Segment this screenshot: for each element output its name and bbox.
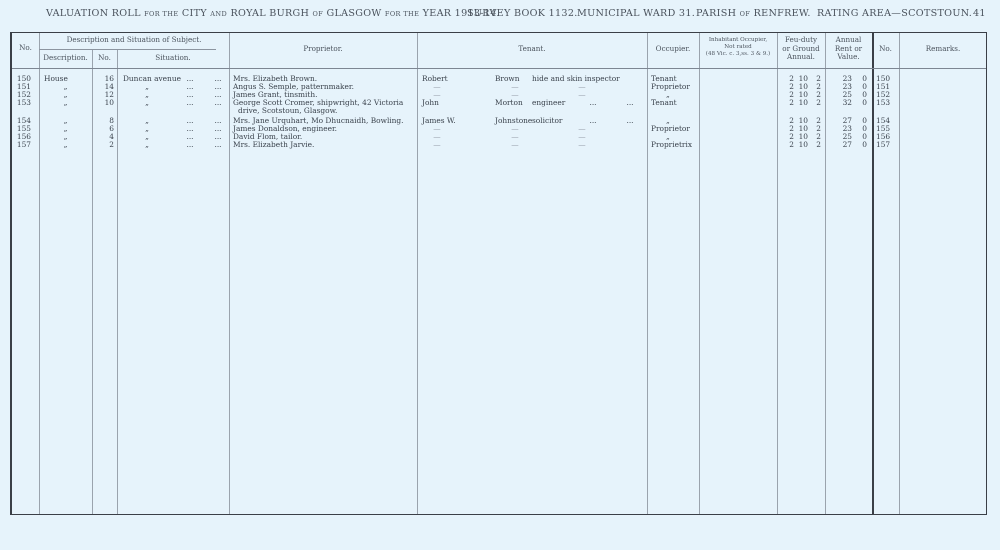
cell-tenant-first: — <box>422 141 452 149</box>
col-header-no: No. <box>12 44 39 53</box>
header-text: GLASGOW <box>327 8 382 19</box>
col-header-sub-no: No. <box>92 54 117 63</box>
cell-feu-s: 10 <box>796 99 808 107</box>
header-text: ROYAL BURGH <box>230 8 309 19</box>
cell-tenant-d2: ... <box>622 117 638 125</box>
cell-tenant-d1: ... <box>585 99 601 107</box>
cell-num: 10 <box>92 99 114 107</box>
cell-dots2: ... <box>210 99 226 107</box>
column-rule <box>777 33 778 514</box>
col-header-group-description: Description and Situation of Subject. <box>39 36 229 45</box>
cell-situation: Duncan avenue <box>123 75 185 83</box>
cell-feu-d: 2 <box>811 99 821 107</box>
cell-rent-l: 27 <box>834 141 852 149</box>
column-rule <box>647 33 648 514</box>
header-line: Annual. <box>777 53 825 62</box>
cell-rent-s: 0 <box>855 141 867 149</box>
municipal-ward: MUNICIPAL WARD 31. <box>577 8 695 19</box>
header-text: CITY <box>182 8 207 19</box>
col-header-no-right: No. <box>872 45 899 54</box>
cell-situation: „ <box>117 141 177 149</box>
cell-no-right: 157 <box>876 141 896 149</box>
survey-book: SURVEY BOOK 1132. <box>467 8 578 19</box>
cell-no: 153 <box>12 99 31 107</box>
col-header-remarks: Remarks. <box>899 45 987 54</box>
parish: PARISH OF RENFREW. <box>696 8 811 19</box>
col-header-description: Description. <box>39 54 92 63</box>
header-text: FOR THE <box>144 10 178 18</box>
cell-dots1: ... <box>182 99 198 107</box>
column-rule <box>417 33 418 514</box>
cell-desc: „ <box>39 99 92 107</box>
cell-tenant-occ: hide and skin inspector <box>532 75 644 83</box>
cell-no-right: 153 <box>876 99 896 107</box>
cell-proprietor-l1: Mrs. Elizabeth Jarvie. <box>233 141 415 149</box>
cell-rent-l: 32 <box>834 99 852 107</box>
cell-num: 2 <box>92 141 114 149</box>
col-header-inhabitant: Inhabitant Occupier, Not rated (48 Vic. … <box>699 37 777 58</box>
cell-occupier: Tenant <box>651 99 699 107</box>
cell-feu-l: 2 <box>784 141 794 149</box>
col-header-tenant: Tenant. <box>417 45 647 54</box>
header-text: RENFREW. <box>754 8 811 19</box>
cell-occupier: Proprietrix <box>651 141 699 149</box>
header-line: Not rated <box>699 44 777 51</box>
col-header-proprietor: Proprietor. <box>229 45 417 54</box>
col-header-situation: Situation. <box>117 54 229 63</box>
cell-occupier: Proprietor <box>651 83 699 91</box>
page-header: VALUATION ROLL FOR THE CITY AND ROYAL BU… <box>0 6 1000 22</box>
header-bottom-rule <box>12 68 986 69</box>
cell-feu-s: 10 <box>796 141 808 149</box>
header-text: OF <box>740 10 751 18</box>
cell-tenant-occ: — <box>567 141 597 149</box>
cell-desc: „ <box>39 141 92 149</box>
col-header-annual-rent: Annual Rent or Value. <box>825 36 872 62</box>
cell-tenant-d2: ... <box>622 99 638 107</box>
cell-no: 157 <box>12 141 31 149</box>
header-text: VALUATION ROLL <box>46 8 141 19</box>
column-rule <box>229 33 230 514</box>
column-rule <box>825 33 826 514</box>
cell-occupier: Proprietor <box>651 125 699 133</box>
cell-situation: „ <box>117 99 177 107</box>
header-text: FOR THE <box>385 10 419 18</box>
valuation-ledger-table: No. Description and Situation of Subject… <box>10 32 987 515</box>
column-rule <box>899 33 900 514</box>
header-text: AND <box>210 10 227 18</box>
cell-proprietor-l2: drive, Scotstoun, Glasgow. <box>238 107 416 115</box>
header-title: VALUATION ROLL FOR THE CITY AND ROYAL BU… <box>46 8 500 19</box>
cell-tenant-last: — <box>500 141 530 149</box>
cell-rent-s: 0 <box>855 99 867 107</box>
cell-tenant-first: John <box>422 99 492 107</box>
header-text: OF <box>313 10 324 18</box>
column-rule-thick <box>872 33 874 514</box>
header-line: (48 Vic. c. 3,ss. 3 & 9.) <box>699 51 777 58</box>
col-header-feu-duty: Feu-duty or Ground Annual. <box>777 36 825 62</box>
cell-desc: House <box>44 75 90 83</box>
cell-feu-d: 2 <box>811 141 821 149</box>
header-line: Value. <box>825 53 872 62</box>
header-subdivider <box>39 49 216 50</box>
cell-feu-l: 2 <box>784 99 794 107</box>
cell-dots2: ... <box>210 141 226 149</box>
cell-dots1: ... <box>182 141 198 149</box>
rating-area: RATING AREA—SCOTSTOUN. <box>817 8 972 19</box>
column-rule <box>699 33 700 514</box>
col-header-occupier: Occupier. <box>647 45 699 54</box>
header-text: PARISH <box>696 8 736 19</box>
page-number: 41 <box>973 8 986 19</box>
header-line: Inhabitant Occupier, <box>699 37 777 44</box>
cell-tenant-d1: ... <box>585 117 601 125</box>
